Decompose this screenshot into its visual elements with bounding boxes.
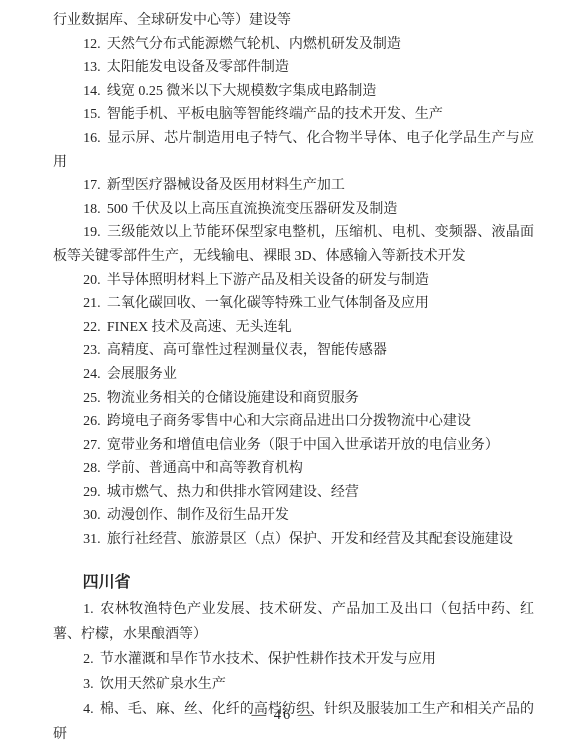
list-item: 23.高精度、高可靠性过程测量仪表，智能传感器 bbox=[53, 339, 534, 363]
item-number: 15. bbox=[83, 107, 101, 122]
item-number: 19. bbox=[83, 225, 101, 240]
item-number: 26. bbox=[83, 414, 101, 429]
item-text: 高精度、高可靠性过程测量仪表，智能传感器 bbox=[107, 343, 387, 358]
list-item: 14.线宽 0.25 微米以下大规模数字集成电路制造 bbox=[53, 80, 534, 104]
item-text: 新型医疗器械设备及医用材料生产加工 bbox=[107, 178, 345, 193]
list-item: 1.农林牧渔特色产业发展、技术研发、产品加工及出口（包括中药、红薯、柠檬，水果酿… bbox=[53, 597, 534, 647]
item-text: 500 千伏及以上高压直流换流变压器研发及制造 bbox=[107, 202, 398, 217]
item-number: 14. bbox=[83, 84, 101, 99]
item-text: 饮用天然矿泉水生产 bbox=[100, 677, 226, 692]
list-item: 3.饮用天然矿泉水生产 bbox=[53, 672, 534, 697]
item-text: 城市燃气、热力和供排水管网建设、经营 bbox=[107, 485, 359, 500]
item-text: 三级能效以上节能环保型家电整机，压缩机、电机、变频器、液晶面板等关键零部件生产，… bbox=[53, 225, 534, 264]
list-item: 24.会展服务业 bbox=[53, 363, 534, 387]
item-number: 24. bbox=[83, 367, 101, 382]
item-text: 旅行社经营、旅游景区（点）保护、开发和经营及其配套设施建设 bbox=[107, 532, 513, 547]
item-text: 节水灌溉和旱作节水技术、保护性耕作技术开发与应用 bbox=[100, 652, 436, 667]
item-number: 12. bbox=[83, 37, 101, 52]
item-number: 22. bbox=[83, 320, 101, 335]
item-text: 天然气分布式能源燃气轮机、内燃机研发及制造 bbox=[107, 37, 401, 52]
list-item: 27.宽带业务和增值电信业务（限于中国入世承诺开放的电信业务） bbox=[53, 434, 534, 458]
list-item: 12.天然气分布式能源燃气轮机、内燃机研发及制造 bbox=[53, 33, 534, 57]
list-item: 18.500 千伏及以上高压直流换流变压器研发及制造 bbox=[53, 198, 534, 222]
item-text: 跨境电子商务零售中心和大宗商品进出口分拨物流中心建设 bbox=[107, 414, 471, 429]
list-item: 19.三级能效以上节能环保型家电整机，压缩机、电机、变频器、液晶面板等关键零部件… bbox=[53, 221, 534, 268]
list-item: 25.物流业务相关的仓储设施建设和商贸服务 bbox=[53, 387, 534, 411]
list-item: 15.智能手机、平板电脑等智能终端产品的技术开发、生产 bbox=[53, 103, 534, 127]
item-text: 太阳能发电设备及零部件制造 bbox=[107, 60, 289, 75]
item-number: 27. bbox=[83, 438, 101, 453]
list-item: 22.FINEX 技术及高速、无头连轧 bbox=[53, 316, 534, 340]
item-text: FINEX 技术及高速、无头连轧 bbox=[107, 320, 292, 335]
item-text: 农林牧渔特色产业发展、技术研发、产品加工及出口（包括中药、红薯、柠檬，水果酿酒等… bbox=[53, 602, 534, 642]
item-text: 线宽 0.25 微米以下大规模数字集成电路制造 bbox=[107, 84, 377, 99]
item-number: 1. bbox=[83, 602, 94, 617]
list-item: 17.新型医疗器械设备及医用材料生产加工 bbox=[53, 174, 534, 198]
item-text: 显示屏、芯片制造用电子特气、化合物半导体、电子化学品生产与应用 bbox=[53, 131, 534, 170]
item-number: 20. bbox=[83, 273, 101, 288]
item-number: 13. bbox=[83, 60, 101, 75]
item-number: 17. bbox=[83, 178, 101, 193]
continuation-paragraph: 行业数据库、全球研发中心等）建设等 bbox=[53, 9, 534, 33]
item-text: 会展服务业 bbox=[107, 367, 177, 382]
list-item: 30.动漫创作、制作及衍生品开发 bbox=[53, 504, 534, 528]
list-item: 21.二氧化碳回收、一氧化碳等特殊工业气体制备及应用 bbox=[53, 292, 534, 316]
list-item: 16.显示屏、芯片制造用电子特气、化合物半导体、电子化学品生产与应用 bbox=[53, 127, 534, 174]
list-item: 26.跨境电子商务零售中心和大宗商品进出口分拨物流中心建设 bbox=[53, 410, 534, 434]
document-page: 行业数据库、全球研发中心等）建设等 12.天然气分布式能源燃气轮机、内燃机研发及… bbox=[0, 0, 566, 740]
list-item: 2.节水灌溉和旱作节水技术、保护性耕作技术开发与应用 bbox=[53, 647, 534, 672]
item-number: 28. bbox=[83, 461, 101, 476]
item-number: 31. bbox=[83, 532, 101, 547]
item-text: 半导体照明材料上下游产品及相关设备的研发与制造 bbox=[107, 273, 429, 288]
list-item: 20.半导体照明材料上下游产品及相关设备的研发与制造 bbox=[53, 269, 534, 293]
section-heading-sichuan: 四川省 bbox=[53, 570, 534, 595]
list-item: 13.太阳能发电设备及零部件制造 bbox=[53, 56, 534, 80]
page-number: — 46 — bbox=[0, 707, 566, 724]
item-number: 29. bbox=[83, 485, 101, 500]
item-text: 宽带业务和增值电信业务（限于中国入世承诺开放的电信业务） bbox=[107, 438, 499, 453]
item-text: 物流业务相关的仓储设施建设和商贸服务 bbox=[107, 391, 359, 406]
numbered-list-top: 12.天然气分布式能源燃气轮机、内燃机研发及制造13.太阳能发电设备及零部件制造… bbox=[53, 33, 534, 552]
item-number: 30. bbox=[83, 508, 101, 523]
item-number: 2. bbox=[83, 652, 94, 667]
item-text: 动漫创作、制作及衍生品开发 bbox=[107, 508, 289, 523]
item-text: 学前、普通高中和高等教育机构 bbox=[107, 461, 303, 476]
item-number: 16. bbox=[83, 131, 101, 146]
item-number: 3. bbox=[83, 677, 94, 692]
list-item: 29.城市燃气、热力和供排水管网建设、经营 bbox=[53, 481, 534, 505]
page-content: 行业数据库、全球研发中心等）建设等 12.天然气分布式能源燃气轮机、内燃机研发及… bbox=[53, 9, 534, 740]
list-item: 28.学前、普通高中和高等教育机构 bbox=[53, 457, 534, 481]
list-item: 31.旅行社经营、旅游景区（点）保护、开发和经营及其配套设施建设 bbox=[53, 528, 534, 552]
item-number: 23. bbox=[83, 343, 101, 358]
item-number: 25. bbox=[83, 391, 101, 406]
item-text: 二氧化碳回收、一氧化碳等特殊工业气体制备及应用 bbox=[107, 296, 429, 311]
item-text: 智能手机、平板电脑等智能终端产品的技术开发、生产 bbox=[107, 107, 443, 122]
item-number: 18. bbox=[83, 202, 101, 217]
item-number: 21. bbox=[83, 296, 101, 311]
